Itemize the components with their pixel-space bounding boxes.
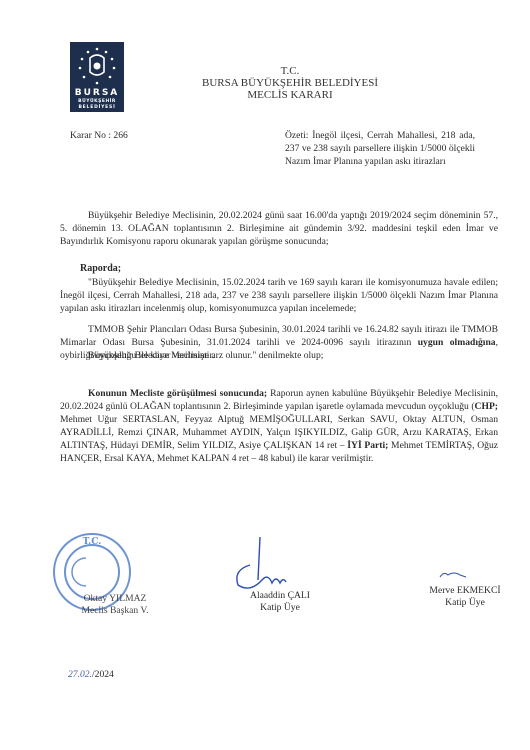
header-tc: T.C. xyxy=(150,65,430,77)
intro-paragraph: Büyükşehir Belediye Meclisinin, 20.02.20… xyxy=(60,209,498,248)
signature-clerk-2: Merve EKMEKCİ Katip Üye xyxy=(420,585,510,609)
objection-verdict: uygun olmadığına xyxy=(418,337,496,348)
emblem-icon xyxy=(77,46,117,86)
signer-title: Katip Üye xyxy=(420,597,510,609)
decision-number: Karar No : 266 xyxy=(70,130,128,141)
signer-title: Meclis Başkan V. xyxy=(65,605,165,617)
logo-text-buyuksehir: BÜYÜKŞEHİR xyxy=(70,99,124,104)
logo-text-belediyesi: BELEDİYESİ xyxy=(70,105,124,110)
report-paragraph: "Büyükşehir Belediye Meclisinin, 15.02.2… xyxy=(60,276,498,315)
signer-name: Alaaddin ÇALI xyxy=(240,590,320,602)
document-header: T.C. BURSA BÜYÜKŞEHİR BELEDİYESİ MECLİS … xyxy=(150,65,430,101)
document-date: 27.02./2024 xyxy=(68,669,114,680)
signer-name: Oktay YILMAZ xyxy=(65,593,165,605)
handwritten-signature-icon xyxy=(438,569,468,581)
report-heading: Raporda; xyxy=(80,263,121,274)
submission-paragraph: Büyükşehir Belediye Meclisine arz olunur… xyxy=(60,349,498,362)
handwritten-signature-icon xyxy=(228,535,288,595)
handwritten-date: 27.02. xyxy=(68,669,92,680)
signer-name: Merve EKMEKCİ xyxy=(420,585,510,597)
date-year: 2024 xyxy=(95,669,114,680)
decision-summary: Özeti: İnegöl ilçesi, Cerrah Mahallesi, … xyxy=(285,129,475,168)
signature-chairman: Oktay YILMAZ Meclis Başkan V. xyxy=(65,593,165,617)
signer-title: Katip Üye xyxy=(240,602,320,614)
signature-clerk-1: Alaaddin ÇALI Katip Üye xyxy=(240,590,320,614)
resolution-paragraph: Konunun Mecliste görüşülmesi sonucunda; … xyxy=(60,387,498,465)
bursa-logo: BURSA BÜYÜKŞEHİR BELEDİYESİ xyxy=(70,42,124,112)
svg-text:T.C.: T.C. xyxy=(83,537,102,547)
header-doc-type: MECLİS KARARI xyxy=(150,89,430,101)
logo-text-bursa: BURSA xyxy=(70,88,124,98)
header-institution: BURSA BÜYÜKŞEHİR BELEDİYESİ xyxy=(150,77,430,89)
